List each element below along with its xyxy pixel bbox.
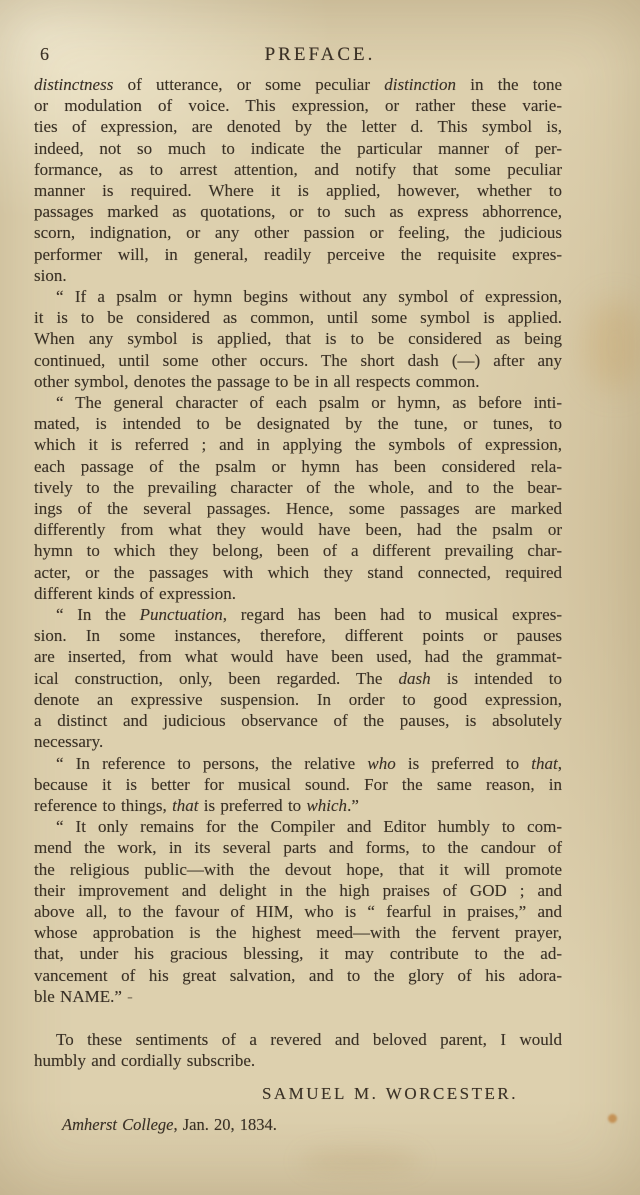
page-number: 6	[40, 44, 49, 65]
text-segment: “ In the	[56, 605, 140, 624]
text-segment: “ It only remains for the Compiler and E…	[56, 817, 562, 836]
text-line: their improvement and delight in the hig…	[34, 880, 562, 901]
text-line: because it is better for musical sound. …	[34, 774, 562, 795]
text-line: tively to the prevailing character of th…	[34, 477, 562, 498]
text-line: passages marked as quotations, or to suc…	[34, 201, 562, 222]
text-line: whose approbation is the highest meed—wi…	[34, 922, 562, 943]
text-segment: ties of expression, are denoted by the l…	[34, 117, 562, 136]
text-segment: are inserted, from what would have been …	[34, 647, 562, 666]
text-segment: is preferred to	[199, 796, 307, 815]
text-line: distinctness of utterance, or some pecul…	[34, 74, 562, 95]
text-segment: above all, to the favour of HIM, who is …	[34, 902, 562, 921]
signature-line: SAMUEL M. WORCESTER.	[34, 1083, 562, 1105]
text-segment: “ If a psalm or hymn begins without any …	[56, 287, 562, 306]
text-segment: which it is referred ; and in applying t…	[34, 435, 562, 454]
text-segment: -	[122, 987, 133, 1006]
text-line: ties of expression, are denoted by the l…	[34, 116, 562, 137]
running-title: PREFACE.	[265, 44, 376, 65]
text-segment: , Jan. 20, 1834.	[173, 1115, 276, 1134]
paragraph: “ If a psalm or hymn begins without any …	[34, 286, 562, 392]
text-line: which it is referred ; and in applying t…	[34, 434, 562, 455]
text-line: mated, is intended to be designated by t…	[34, 413, 562, 434]
text-segment: each passage of the psalm or hymn has be…	[34, 457, 562, 476]
text-line: “ If a psalm or hymn begins without any …	[34, 286, 562, 307]
text-segment: acter, or the passages with which they s…	[34, 563, 562, 582]
text-line: vancement of his great salvation, and to…	[34, 965, 562, 986]
text-line: “ In the Punctuation, regard has been ha…	[34, 604, 562, 625]
text-segment: the religious public—with the devout hop…	[34, 860, 562, 879]
text-segment: whose approbation is the highest meed—wi…	[34, 923, 562, 942]
text-line: differently from what they would have be…	[34, 519, 562, 540]
text-segment: in the tone	[456, 75, 562, 94]
paragraph: “ In reference to persons, the relative …	[34, 753, 562, 817]
text-line: mend the work, in its several parts and …	[34, 837, 562, 858]
text-line: a distinct and judicious observance of t…	[34, 710, 562, 731]
text-segment: When any symbol is applied, that is to b…	[34, 329, 562, 348]
text-segment: that, under his gracious blessing, it ma…	[34, 944, 562, 963]
text-line: scorn, indignation, or any other passion…	[34, 222, 562, 243]
text-line: the religious public—with the devout hop…	[34, 859, 562, 880]
text-segment: Punctuation	[140, 605, 223, 624]
text-line: When any symbol is applied, that is to b…	[34, 328, 562, 349]
text-segment: tively to the prevailing character of th…	[34, 478, 562, 497]
text-line: To these sentiments of a revered and bel…	[34, 1029, 562, 1050]
text-segment: vancement of his great salvation, and to…	[34, 966, 562, 985]
text-line: manner is required. Where it is applied,…	[34, 180, 562, 201]
text-segment: “ The general character of each psalm or…	[56, 393, 562, 412]
page-body: distinctness of utterance, or some pecul…	[34, 74, 562, 1136]
text-line: continued, until some other occurs. The …	[34, 350, 562, 371]
text-segment: distinctness	[34, 75, 113, 94]
text-line: acter, or the passages with which they s…	[34, 562, 562, 583]
text-line: denote an expressive suspension. In orde…	[34, 689, 562, 710]
text-segment: dash	[399, 669, 431, 688]
text-line: performer will, in general, readily perc…	[34, 244, 562, 265]
paragraph: “ It only remains for the Compiler and E…	[34, 816, 562, 1007]
text-line: other symbol, denotes the passage to be …	[34, 371, 562, 392]
text-line: hymn to which they belong, been of a dif…	[34, 540, 562, 561]
text-line: “ The general character of each psalm or…	[34, 392, 562, 413]
text-segment: which	[306, 796, 347, 815]
dateline: Amherst College, Jan. 20, 1834.	[34, 1114, 562, 1136]
text-segment: denote an expressive suspension. In orde…	[34, 690, 562, 709]
book-page: 6 PREFACE. distinctness of utterance, or…	[0, 0, 640, 1195]
text-segment: is intended to	[431, 669, 562, 688]
text-segment: that	[531, 754, 557, 773]
text-line: that, under his gracious blessing, it ma…	[34, 943, 562, 964]
text-line: ical construction, only, been regarded. …	[34, 668, 562, 689]
text-segment: .”	[347, 796, 359, 815]
text-segment: passages marked as quotations, or to suc…	[34, 202, 562, 221]
text-line: reference to things, that is preferred t…	[34, 795, 562, 816]
paper-stain	[300, 1148, 420, 1174]
text-segment: differently from what they would have be…	[34, 520, 562, 539]
text-line: each passage of the psalm or hymn has be…	[34, 456, 562, 477]
text-line: are inserted, from what would have been …	[34, 646, 562, 667]
text-segment: sion. In some instances, therefore, diff…	[34, 626, 562, 645]
text-segment: , regard has been had to musical expres-	[223, 605, 562, 624]
text-segment: distinction	[384, 75, 456, 94]
text-segment: humbly and cordially subscribe.	[34, 1051, 255, 1070]
text-segment: a distinct and judicious observance of t…	[34, 711, 562, 730]
text-segment: necessary.	[34, 732, 103, 751]
text-segment: ings of the several passages. Hence, som…	[34, 499, 562, 518]
text-line: “ In reference to persons, the relative …	[34, 753, 562, 774]
paragraph: distinctness of utterance, or some pecul…	[34, 74, 562, 286]
text-segment: Amherst College	[62, 1115, 173, 1134]
text-line: indeed, not so much to indicate the part…	[34, 138, 562, 159]
text-segment: To these sentiments of a revered and bel…	[56, 1030, 562, 1049]
paragraph: To these sentiments of a revered and bel…	[34, 1029, 562, 1071]
text-line: above all, to the favour of HIM, who is …	[34, 901, 562, 922]
text-segment: hymn to which they belong, been of a dif…	[34, 541, 562, 560]
text-line: it is to be considered as common, until …	[34, 307, 562, 328]
paragraph: “ In the Punctuation, regard has been ha…	[34, 604, 562, 752]
text-segment: it is to be considered as common, until …	[34, 308, 562, 327]
text-segment: reference to things,	[34, 796, 172, 815]
text-segment: ,	[558, 754, 562, 773]
text-segment: ical construction, only, been regarded. …	[34, 669, 399, 688]
text-line: ble NAME.” -	[34, 986, 562, 1007]
text-line: sion.	[34, 265, 562, 286]
text-segment: performer will, in general, readily perc…	[34, 245, 562, 264]
text-segment: because it is better for musical sound. …	[34, 775, 562, 794]
text-segment: other symbol, denotes the passage to be …	[34, 372, 480, 391]
text-line: sion. In some instances, therefore, diff…	[34, 625, 562, 646]
text-line: humbly and cordially subscribe.	[34, 1050, 562, 1071]
text-segment: mated, is intended to be designated by t…	[34, 414, 562, 433]
text-segment: that	[172, 796, 198, 815]
text-segment: manner is required. Where it is applied,…	[34, 181, 562, 200]
paper-stain	[585, 300, 640, 390]
paragraph: “ The general character of each psalm or…	[34, 392, 562, 604]
text-segment: indeed, not so much to indicate the part…	[34, 139, 562, 158]
text-segment: mend the work, in its several parts and …	[34, 838, 562, 857]
text-segment: who	[367, 754, 395, 773]
text-segment: of utterance, or some peculiar	[113, 75, 384, 94]
paper-stain	[608, 1114, 617, 1123]
text-segment: formance, as to arrest attention, and no…	[34, 160, 562, 179]
text-line: different kinds of expression.	[34, 583, 562, 604]
text-line: ings of the several passages. Hence, som…	[34, 498, 562, 519]
text-segment: ble NAME.”	[34, 987, 122, 1006]
text-segment: continued, until some other occurs. The …	[34, 351, 562, 370]
text-segment: or modulation of voice. This expression,…	[34, 96, 562, 115]
text-segment: “ In reference to persons, the relative	[56, 754, 367, 773]
text-segment: sion.	[34, 266, 67, 285]
page-header: 6 PREFACE.	[0, 44, 640, 66]
text-segment: different kinds of expression.	[34, 584, 236, 603]
text-segment: is preferred to	[396, 754, 532, 773]
text-line: formance, as to arrest attention, and no…	[34, 159, 562, 180]
text-segment: their improvement and delight in the hig…	[34, 881, 562, 900]
text-line: or modulation of voice. This expression,…	[34, 95, 562, 116]
text-line: necessary.	[34, 731, 562, 752]
text-line: “ It only remains for the Compiler and E…	[34, 816, 562, 837]
text-segment: scorn, indignation, or any other passion…	[34, 223, 562, 242]
